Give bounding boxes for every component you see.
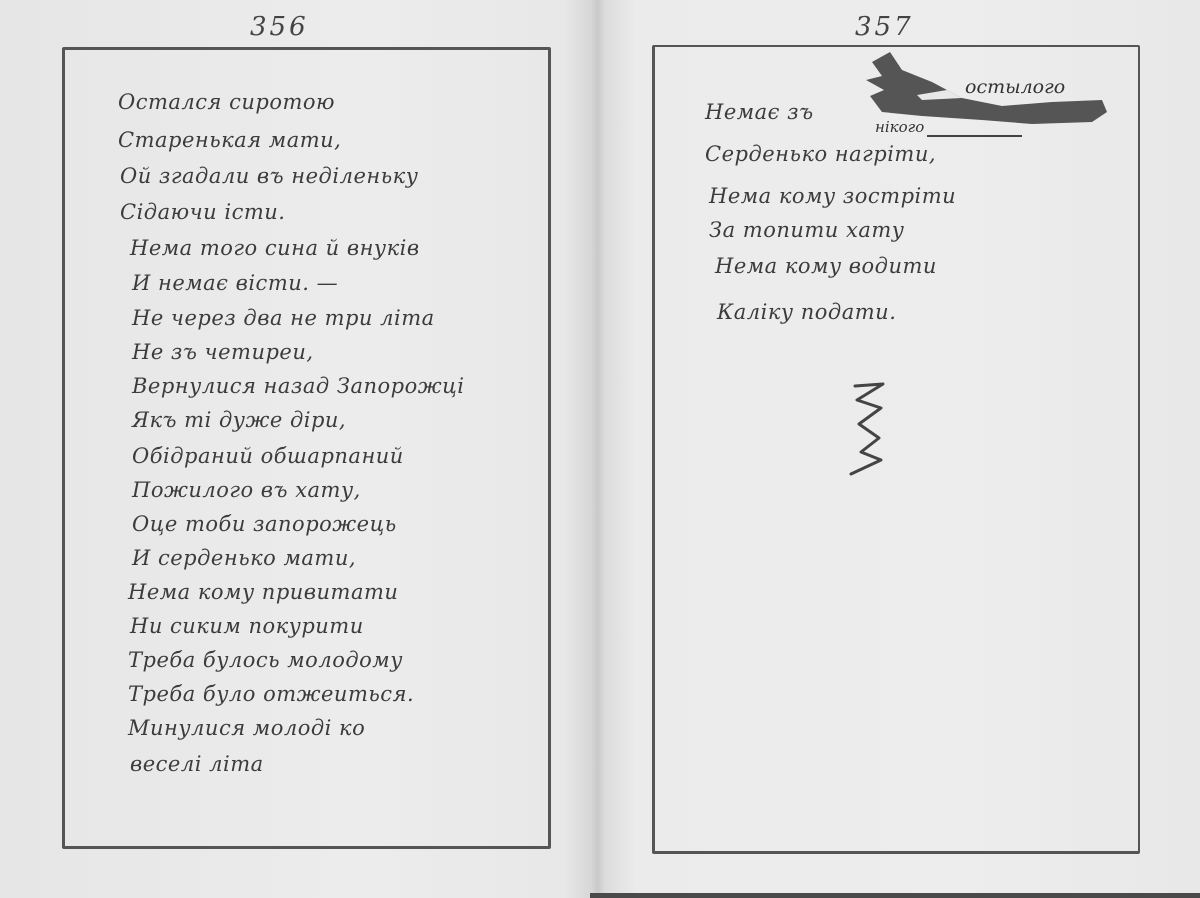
poem-line: Нема кому привитати bbox=[128, 580, 398, 604]
poem-line: веселі літа bbox=[130, 752, 264, 776]
left-page: 356 Остался сиротою Старенькая мати, Ой … bbox=[0, 0, 597, 898]
poem-line: Каліку подати. bbox=[717, 300, 896, 324]
poem-line: Ни сиким покурити bbox=[130, 614, 364, 638]
poem-line: Обідраний обшарпаний bbox=[132, 444, 404, 468]
poem-line: Нема кому зостріти bbox=[709, 184, 956, 208]
poem-line: Старенькая мати, bbox=[118, 128, 341, 152]
poem-line: Нема того сина й внуків bbox=[130, 236, 420, 260]
poem-line: Оце тоби запорожець bbox=[132, 512, 397, 536]
poem-line: Не зъ четиреи, bbox=[132, 340, 314, 364]
page-frame bbox=[652, 45, 1140, 854]
right-page: 357 остылого нікого Немає зъ Серденько н… bbox=[597, 0, 1200, 898]
poem-line: Пожилого въ хату, bbox=[132, 478, 361, 502]
poem-line: И серденько мати, bbox=[132, 546, 356, 570]
correction-above: остылого bbox=[965, 76, 1065, 98]
poem-line: Серденько нагріти, bbox=[705, 142, 936, 166]
poem-line: Немає зъ bbox=[705, 100, 814, 124]
page-number: 357 bbox=[855, 12, 914, 42]
poem-line: Сідаючи істи. bbox=[120, 200, 285, 224]
squiggle-end-mark-icon bbox=[847, 378, 887, 478]
poem-line: Вернулися назад Запорожці bbox=[132, 374, 464, 398]
poem-line: Минулися молоді ко bbox=[128, 716, 365, 740]
poem-line: Ой згадали въ неділеньку bbox=[120, 164, 418, 188]
poem-line: Нема кому водити bbox=[715, 254, 937, 278]
correction-below: нікого bbox=[875, 118, 924, 136]
poem-line: Треба булось молодому bbox=[128, 648, 403, 672]
correction-underline bbox=[927, 135, 1022, 137]
poem-line: Якъ ті дуже діри, bbox=[132, 408, 346, 432]
poem-line: За топити хату bbox=[709, 218, 904, 242]
page-number: 356 bbox=[250, 12, 309, 42]
poem-line: Не через два не три літа bbox=[132, 306, 435, 330]
poem-line: Треба було отжеиться. bbox=[128, 682, 414, 706]
poem-line: Остался сиротою bbox=[118, 90, 335, 114]
poem-line: И немає вісти. — bbox=[132, 271, 338, 295]
